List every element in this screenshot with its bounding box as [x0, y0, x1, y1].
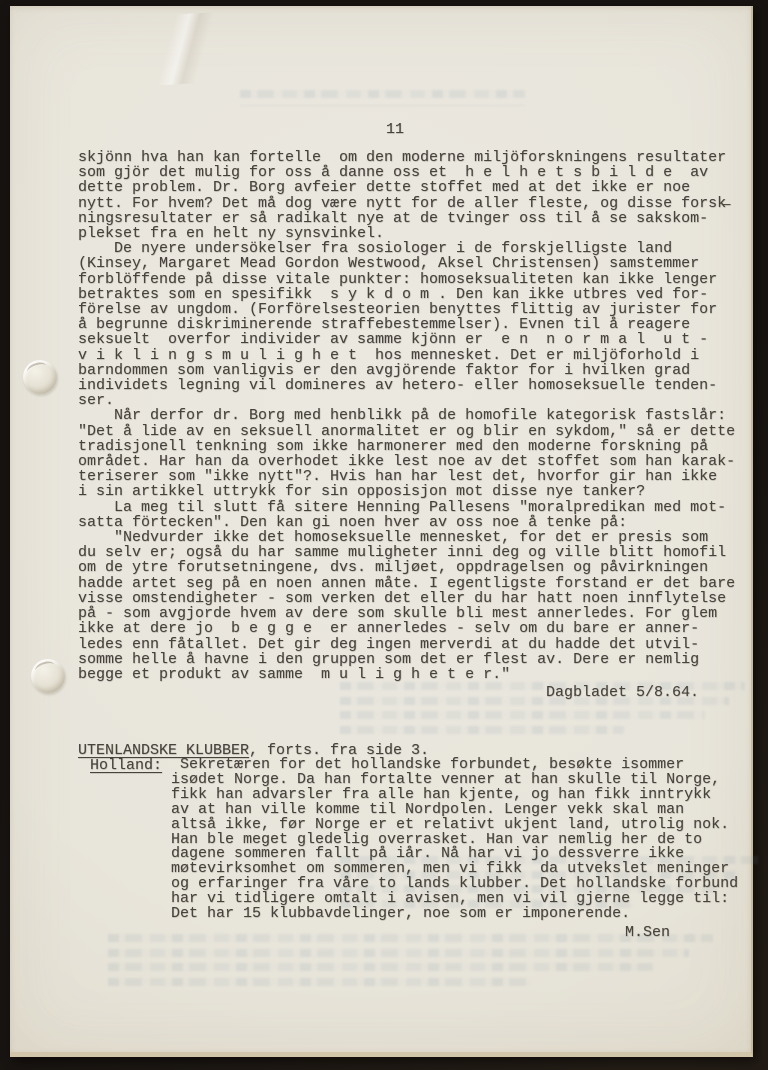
- paragraph: "Nedvurder ikke det homoseksuelle mennes…: [78, 530, 758, 682]
- paragraph: Når derfor dr. Borg med henblikk på de h…: [78, 408, 758, 499]
- punch-hole-top: [23, 360, 57, 394]
- paragraph: skjönn hva han kan fortelle om den moder…: [78, 150, 758, 241]
- paper-crease: [56, 8, 309, 91]
- punch-hole-bottom: [31, 659, 65, 693]
- document-page: 11 skjönn hva han kan fortelle om den mo…: [10, 6, 753, 1057]
- bleedthrough-title: [240, 90, 525, 106]
- paragraph: La meg til slutt få sitere Henning Palle…: [78, 500, 758, 530]
- attribution-line: Dagbladet 5/8.64.: [546, 685, 699, 700]
- page-number: 11: [386, 122, 404, 137]
- article-body: skjönn hva han kan fortelle om den moder…: [78, 150, 758, 682]
- holland-label: Holland:: [90, 758, 162, 773]
- signature: M.Sen: [625, 925, 670, 940]
- holland-text: Sekretæren for det hollandske forbundet,…: [171, 758, 768, 922]
- paragraph: De nyere undersökelser fra sosiologer i …: [78, 241, 758, 408]
- bleedthrough-text-bottom: [108, 934, 713, 992]
- scan-background: { "page_number": "11", "article": { "par…: [0, 0, 768, 1070]
